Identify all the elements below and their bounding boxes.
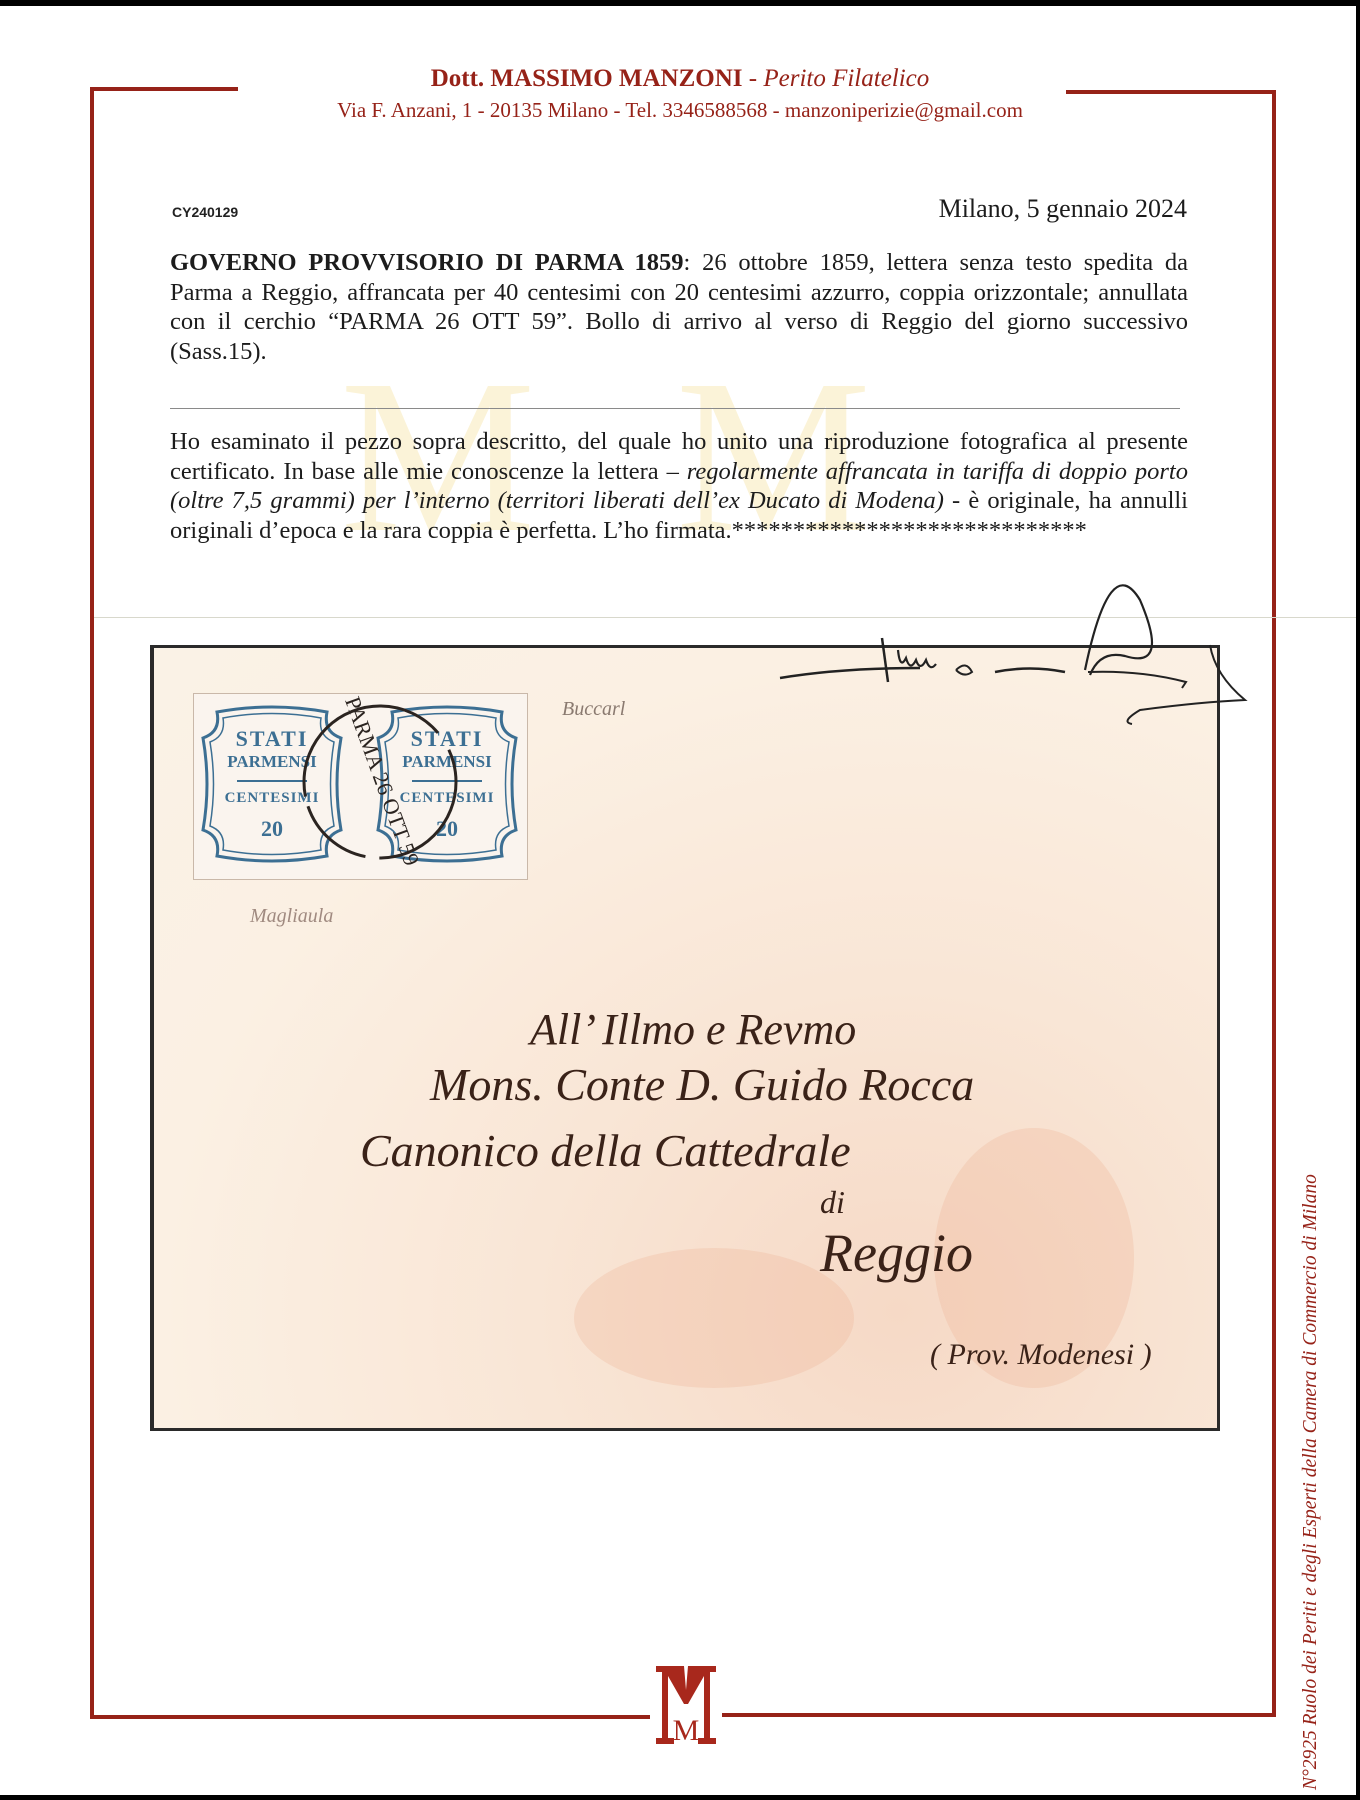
address-line: Mons. Conte D. Guido Rocca xyxy=(430,1058,974,1111)
stamp-pair: STATI PARMENSI CENTESIMI 20 STATI PARMEN… xyxy=(193,693,528,880)
registry-note: N°2925 Ruolo dei Periti e degli Esperti … xyxy=(1300,1174,1322,1790)
address-line: All’ Illmo e Revmo xyxy=(530,1004,856,1055)
letterhead-name-line: Dott. MASSIMO MANZONI - Perito Filatelic… xyxy=(0,64,1360,94)
stamp: STATI PARMENSI CENTESIMI 20 xyxy=(372,704,522,864)
stamp-value: 20 xyxy=(197,816,347,842)
stain xyxy=(574,1248,854,1388)
stamp-text: STATI xyxy=(197,726,347,752)
description-title: GOVERNO PROVVISORIO DI PARMA 1859 xyxy=(170,249,684,276)
frame-bottom-left xyxy=(90,1715,650,1719)
letterhead-address: Via F. Anzani, 1 - 20135 Milano - Tel. 3… xyxy=(0,96,1360,124)
address-line: Reggio xyxy=(820,1222,973,1284)
stamp-text: PARMENSI xyxy=(372,752,522,772)
address-line: di xyxy=(820,1184,845,1221)
stamp-rule xyxy=(412,780,482,782)
opinion-asterisks: ***************************** xyxy=(732,517,1087,544)
opinion-paragraph: Ho esaminato il pezzo sopra descritto, d… xyxy=(170,427,1188,545)
address-line: Canonico della Cattedrale xyxy=(360,1124,851,1177)
frame-bottom-right xyxy=(722,1713,1276,1717)
description-paragraph: GOVERNO PROVVISORIO DI PARMA 1859: 26 ot… xyxy=(170,248,1188,366)
stamp-text: PARMENSI xyxy=(197,752,347,772)
monogram-logo-icon: M xyxy=(650,1654,722,1750)
stamp-text: CENTESIMI xyxy=(372,790,522,807)
scan-edge-bottom xyxy=(0,1795,1360,1800)
address-line: ( Prov. Modenesi ) xyxy=(930,1338,1152,1372)
pencil-note-top: Buccarl xyxy=(562,698,625,721)
expert-name: Dott. MASSIMO MANZONI xyxy=(431,65,743,92)
scan-edge-right xyxy=(1356,0,1360,1800)
separator: - xyxy=(743,65,764,92)
stamp-value: 20 xyxy=(372,816,522,842)
stamp-text: STATI xyxy=(372,726,522,752)
frame-right xyxy=(1272,90,1276,1717)
stamp: STATI PARMENSI CENTESIMI 20 xyxy=(197,704,347,864)
stamp-rule xyxy=(237,780,307,782)
expert-role: Perito Filatelico xyxy=(763,65,929,92)
pencil-note-left: Magliaula xyxy=(250,905,333,928)
logo-small-letter: M xyxy=(673,1714,700,1747)
frame-left xyxy=(90,87,94,1719)
letterhead: Dott. MASSIMO MANZONI - Perito Filatelic… xyxy=(0,64,1360,124)
fold-line xyxy=(94,617,1356,618)
certificate-date: Milano, 5 gennaio 2024 xyxy=(939,194,1187,224)
certificate-id: CY240129 xyxy=(172,204,238,220)
stamp-text: CENTESIMI xyxy=(197,790,347,807)
divider xyxy=(170,408,1180,409)
scan-edge-top xyxy=(0,0,1360,6)
